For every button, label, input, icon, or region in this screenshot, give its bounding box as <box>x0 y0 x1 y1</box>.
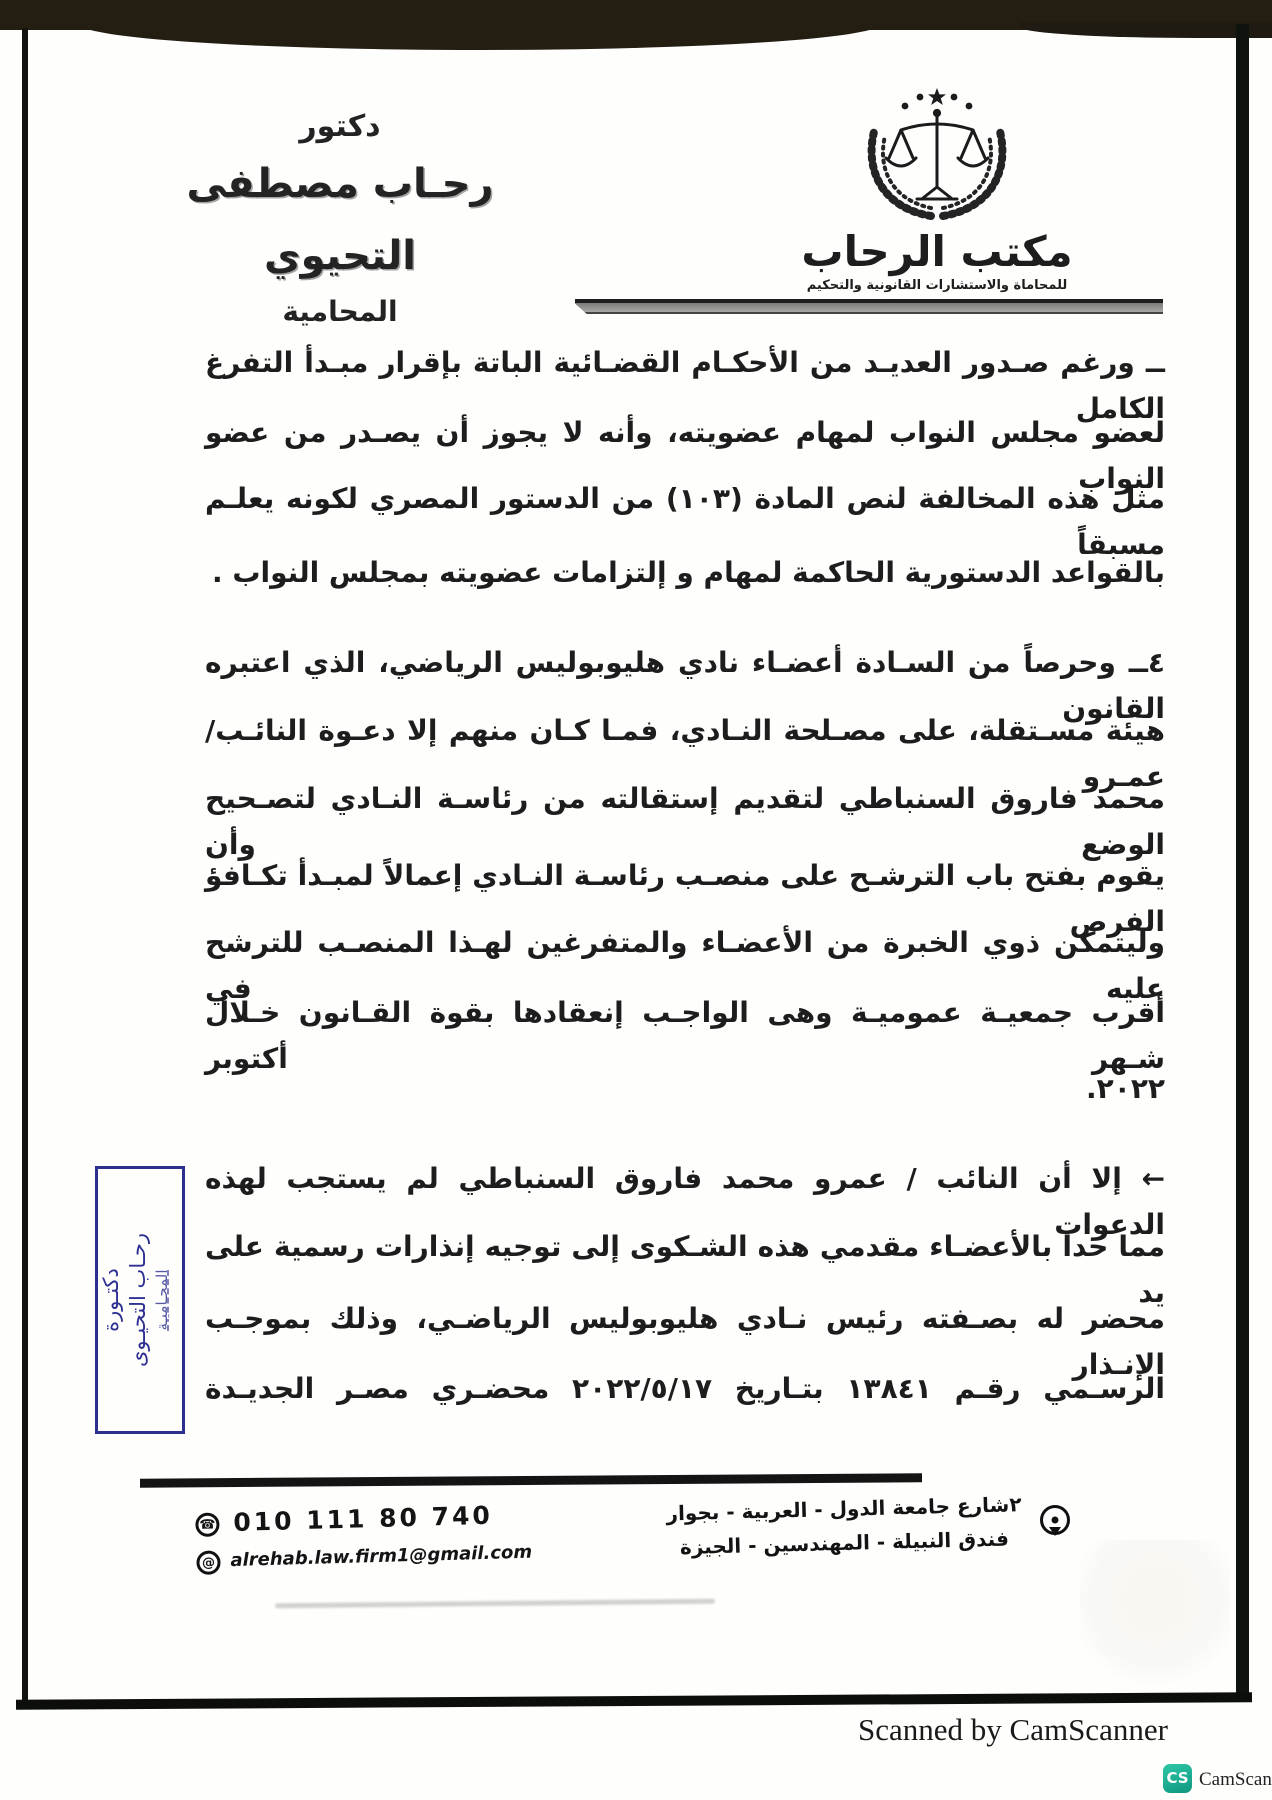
body-line: هيئة مسـتقلة، على مصـلحة النـادي، فمـا ك… <box>205 708 1165 754</box>
stamp-line: المحـاميـة <box>152 1171 172 1429</box>
body-line: ــ ورغم صـدور العديـد من الأحكـام القضـا… <box>205 340 1165 386</box>
phone-icon: ☎ <box>195 1512 220 1537</box>
header-separator-ribbon <box>575 299 1163 314</box>
attorney-title: دكتور <box>150 106 530 148</box>
body-line: وليتمكن ذوي الخبرة من الأعضـاء والمتفرغي… <box>205 920 1165 966</box>
body-line: لعضو مجلس النواب لمهام عضويته، وأنه لا ي… <box>205 410 1165 456</box>
email-icon: @ <box>196 1550 221 1575</box>
scales-of-justice-logo-icon <box>847 84 1027 230</box>
attorney-stamp-text: دكتـورة رحـاب التحيـوى المحـاميـة <box>98 1171 182 1429</box>
office-name: مكتب الرحاب <box>798 230 1076 274</box>
scan-blotch <box>1080 1540 1230 1690</box>
attorney-stamp: دكتـورة رحـاب التحيـوى المحـاميـة <box>95 1166 185 1434</box>
attorney-name: رحـاب مصطفى التحيوي <box>150 148 530 292</box>
footer-separator-line <box>140 1473 922 1487</box>
letterhead-attorney-block: دكتور رحـاب مصطفى التحيوي المحامية <box>150 106 530 332</box>
stamp-line: دكتـورة <box>98 1171 124 1429</box>
body-line: ٢٠٢٢. <box>205 1066 1165 1112</box>
scan-edge-top <box>0 0 1272 30</box>
body-line: محمد فاروق السنباطي لتقديم إستقالته من ر… <box>205 776 1165 822</box>
phone-number: 010 111 80 740 <box>233 1501 493 1537</box>
body-line: أقرب جمعيـة عموميـة وهى الواجـب إنعقادها… <box>205 990 1165 1036</box>
email-address: alrehab.law.firm1@gmail.com <box>230 1542 532 1571</box>
scanned-by-text: Scanned by CamScanner <box>858 1712 1178 1748</box>
office-address: ٢شارع جامعة الدول - العربية - بجوار فندق… <box>651 1487 1023 1565</box>
scanned-document-page: دكتور رحـاب مصطفى التحيوي المحامية <box>0 0 1272 1800</box>
scan-edge-right <box>1236 24 1249 1700</box>
body-line: الرسـمي رقـم ١٣٨٤١ بتـاريخ ٢٠٢٢/٥/١٧ محض… <box>205 1366 1165 1412</box>
attorney-subtitle: المحامية <box>150 292 530 332</box>
location-pin-icon <box>1040 1505 1070 1535</box>
body-line: محضر له بصـفته رئيس نـادي هليوبوليس الري… <box>205 1296 1165 1342</box>
office-tagline: للمحاماة والاستشارات القانونية والتحكيم <box>798 276 1076 296</box>
scan-edge-bottom <box>16 1692 1252 1710</box>
camscanner-label: CamScanner <box>1199 1769 1272 1791</box>
star-icon <box>928 88 946 105</box>
body-line: ٤ــ وحرصاً من السـادة أعضـاء نادي هليوبو… <box>205 640 1165 686</box>
body-line: يقوم بفتح باب الترشـح على منصـب رئاسـة ا… <box>205 853 1165 899</box>
scan-smudge <box>275 1599 715 1609</box>
scan-edge-left <box>22 28 28 1702</box>
body-line: ← إلا أن النائب / عمرو محمد فاروق السنبا… <box>205 1156 1165 1202</box>
stamp-line: رحـاب التحيـوى <box>124 1171 152 1429</box>
letterhead-office-block: مكتب الرحاب للمحاماة والاستشارات القانون… <box>798 84 1076 296</box>
camscanner-badge-icon: CS <box>1163 1764 1192 1793</box>
body-line: مما حدا بالأعضـاء مقدمي هذه الشـكوى إلى … <box>205 1224 1165 1270</box>
contact-block: ☎ 010 111 80 740 @ alrehab.law.firm1@gma… <box>195 1499 557 1585</box>
body-line: بالقواعد الدستورية الحاكمة لمهام و إلتزا… <box>205 550 1165 596</box>
body-line: مثل هذه المخالفة لنص المادة (١٠٣) من الد… <box>205 476 1165 522</box>
